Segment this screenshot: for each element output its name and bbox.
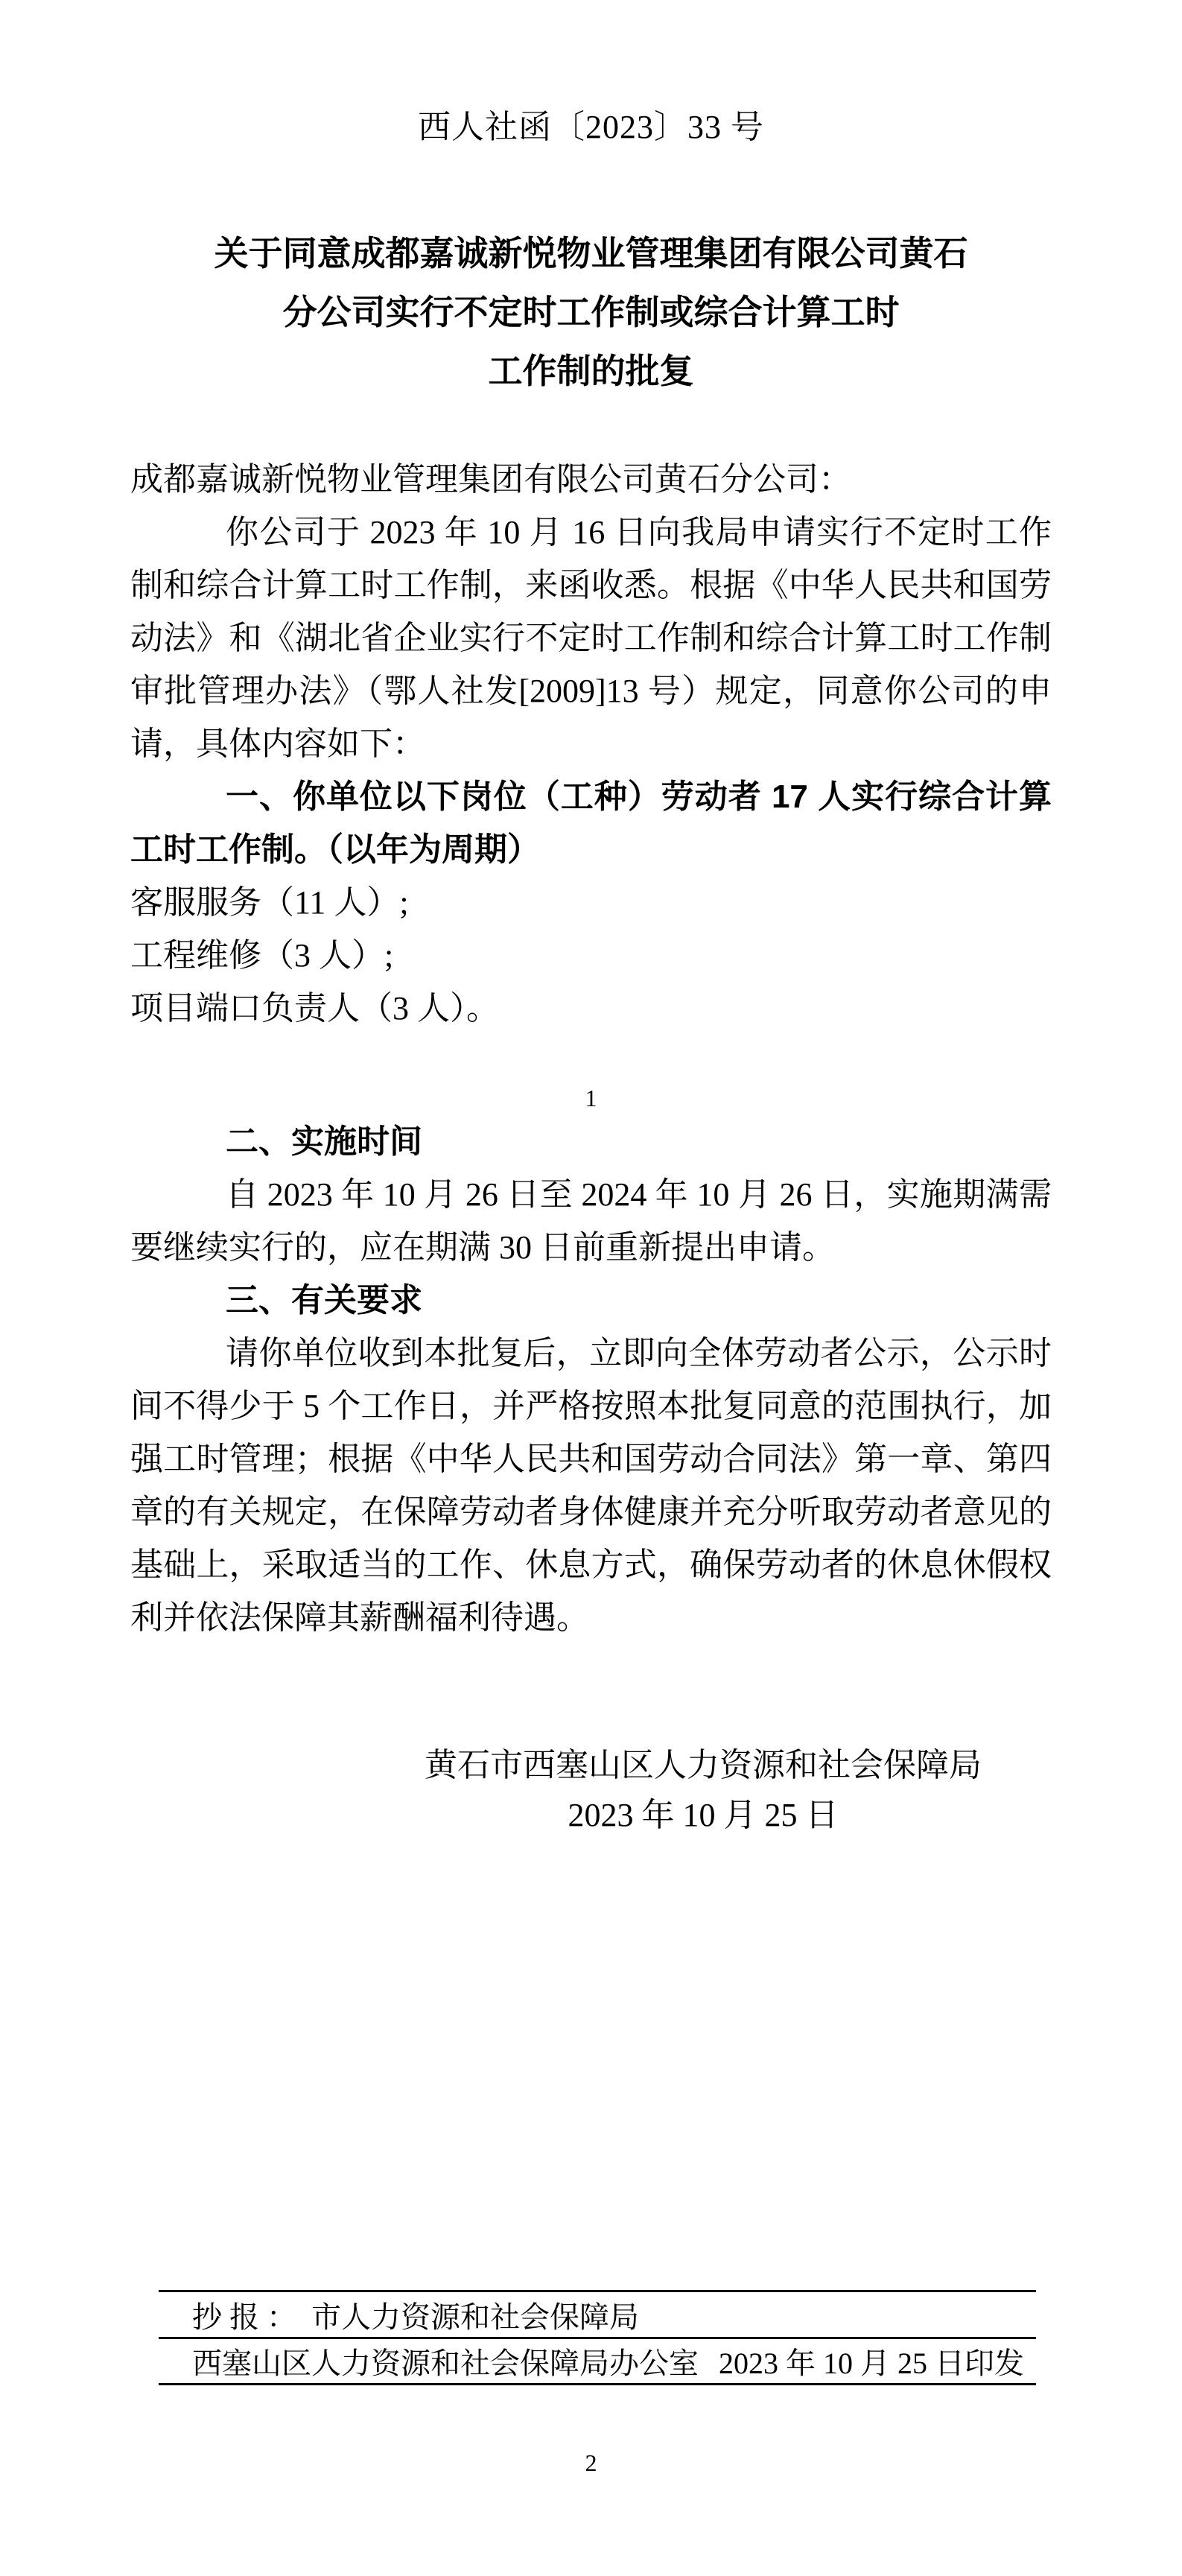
title-line-2: 分公司实行不定时工作制或综合计算工时 — [0, 283, 1182, 342]
position-item-engineering-maintenance: 工程维修（3 人）; — [130, 929, 1052, 982]
document-title: 关于同意成都嘉诚新悦物业管理集团有限公司黄石 分公司实行不定时工作制或综合计算工… — [0, 224, 1182, 401]
page-number-2: 2 — [0, 2449, 1182, 2477]
issuer-office: 西塞山区人力资源和社会保障局办公室 — [192, 2340, 699, 2382]
section-two-body: 自 2023 年 10 月 26 日至 2024 年 10 月 26 日，实施期… — [130, 1168, 1052, 1274]
page-number-1: 1 — [0, 1085, 1182, 1112]
salutation: 成都嘉诚新悦物业管理集团有限公司黄石分公司： — [130, 453, 1052, 506]
body-page-1: 成都嘉诚新悦物业管理集团有限公司黄石分公司： 你公司于 2023 年 10 月 … — [130, 453, 1052, 1035]
copy-to-value: 市人力资源和社会保障局 — [311, 2294, 639, 2336]
signing-date: 2023 年 10 月 25 日 — [224, 1790, 1182, 1840]
title-line-3: 工作制的批复 — [0, 342, 1182, 401]
copy-to-label: 抄 报 ： — [192, 2294, 296, 2336]
body-page-2: 二、实施时间 自 2023 年 10 月 26 日至 2024 年 10 月 2… — [130, 1115, 1052, 1644]
print-date: 2023 年 10 月 25 日印发 — [719, 2340, 1024, 2382]
signing-agency: 黄石市西塞山区人力资源和社会保障局 — [224, 1740, 1182, 1790]
document-page: 西人社函〔2023〕33 号 关于同意成都嘉诚新悦物业管理集团有限公司黄石 分公… — [0, 0, 1182, 2576]
position-item-project-lead: 项目端口负责人（3 人）。 — [130, 982, 1052, 1035]
section-one-heading: 一、你单位以下岗位（工种）劳动者 17 人实行综合计算工时工作制。（以年为周期） — [130, 770, 1052, 876]
document-footer: 抄 报 ： 市人力资源和社会保障局 西塞山区人力资源和社会保障局办公室 2023… — [159, 2290, 1036, 2385]
section-three-heading: 三、有关要求 — [130, 1274, 1052, 1327]
position-item-customer-service: 客服服务（11 人）; — [130, 876, 1052, 929]
section-two-heading: 二、实施时间 — [130, 1115, 1052, 1168]
footer-copy-to-row: 抄 报 ： 市人力资源和社会保障局 — [159, 2292, 1036, 2339]
footer-issuer-row: 西塞山区人力资源和社会保障局办公室 2023 年 10 月 25 日印发 — [159, 2339, 1036, 2385]
signature-block: 黄石市西塞山区人力资源和社会保障局 2023 年 10 月 25 日 — [224, 1740, 1182, 1840]
title-line-1: 关于同意成都嘉诚新悦物业管理集团有限公司黄石 — [0, 224, 1182, 283]
intro-paragraph: 你公司于 2023 年 10 月 16 日向我局申请实行不定时工作制和综合计算工… — [130, 506, 1052, 770]
document-number: 西人社函〔2023〕33 号 — [0, 100, 1182, 147]
section-three-body: 请你单位收到本批复后，立即向全体劳动者公示，公示时间不得少于 5 个工作日，并严… — [130, 1327, 1052, 1644]
